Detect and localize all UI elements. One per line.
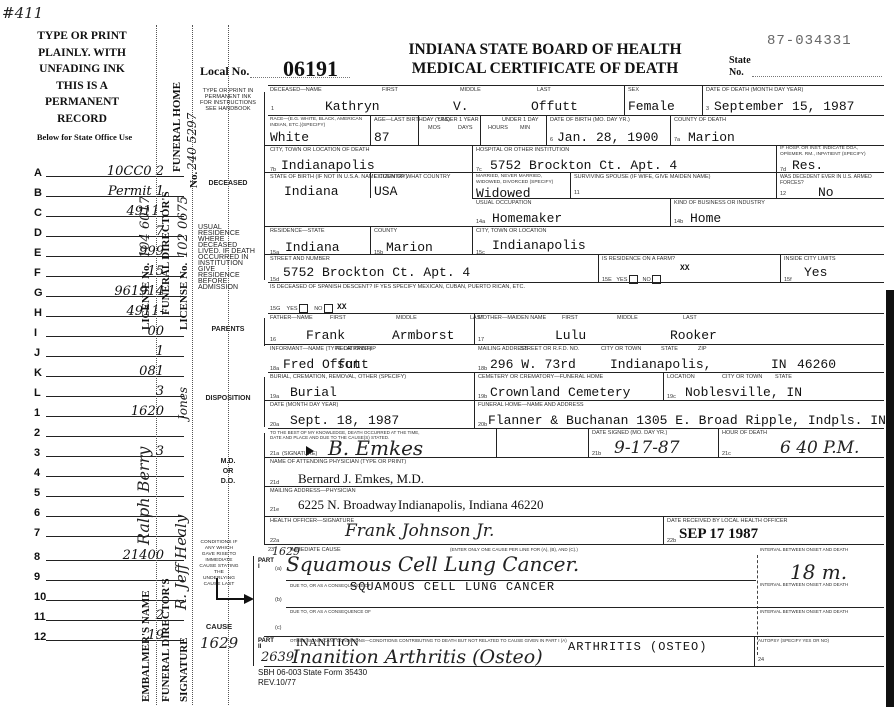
embalmer-license-value: 104 6017 (138, 196, 153, 258)
spanish-yes-checkbox[interactable] (299, 304, 308, 313)
mailing-street[interactable]: 296 W. 73rd (490, 357, 576, 372)
min-label: MIN (520, 125, 530, 131)
or-label: OR (200, 467, 256, 477)
disposition-date-label: DATE (MONTH DAY YEAR) (270, 402, 338, 408)
state-office-code-row: 11620 (34, 403, 184, 419)
grid-line (268, 115, 884, 116)
dob-label: DATE OF BIRTH (Mo. Day Yr.) (550, 117, 630, 123)
interval-label: Interval between onset and death (760, 547, 848, 552)
field-num: (c) (275, 625, 281, 631)
mos-label: MOS (428, 125, 441, 131)
md-label: M.D. (200, 457, 256, 467)
grid-line (570, 172, 571, 198)
instruction-line: TYPE OR PRINT (22, 28, 142, 45)
hospital-value[interactable]: 5752 Brockton Ct. Apt. 4 (490, 158, 677, 173)
do-label: D.O. (200, 477, 256, 487)
grid-line (268, 428, 884, 429)
disposition-section-label: DISPOSITION (197, 395, 259, 402)
instruction-line: PERMANENT (22, 94, 142, 111)
spanish-no-mark: XX (337, 303, 347, 312)
grid-line (286, 607, 884, 608)
sign-here-arrow-icon (306, 446, 314, 456)
mailing-zip[interactable]: 46260 (797, 357, 836, 372)
code-key: 3 (34, 447, 40, 459)
field-num: 11 (574, 190, 580, 196)
code-value[interactable]: 21400 (123, 548, 164, 563)
grid-line (480, 115, 481, 145)
grid-line (268, 313, 884, 314)
code-key: G (34, 287, 43, 299)
days-label: DAYS (458, 125, 473, 131)
field-num: 7a (674, 137, 680, 143)
arrow-stem (216, 578, 218, 600)
date-of-birth[interactable]: Jan. 28, 1900 (557, 130, 658, 145)
conditions-note: CONDITIONS IF ANY WHICH GAVE RISE TO IMM… (199, 540, 239, 588)
local-no-value: 06191 (283, 56, 338, 82)
signature-extra: Jones (176, 387, 190, 420)
father-last[interactable]: Armborst (392, 328, 454, 343)
grid-line (268, 282, 884, 283)
state-form: State Form 35430 (303, 668, 367, 677)
funeral-director-sig-label: FUNERAL DIRECTOR'S (160, 578, 172, 702)
physician-city[interactable]: Indianapolis, Indiana 46220 (398, 497, 544, 513)
first-label: FIRST (562, 315, 578, 321)
footer-form-code: SBH 06-003 REV.10/77 (258, 668, 302, 688)
field-num: (a) (275, 566, 282, 572)
last-label: LAST (683, 315, 697, 321)
residence-city-label: CITY, TOWN OR LOCATION (476, 228, 547, 234)
arrow-shaft (216, 598, 246, 600)
code-key: 7 (34, 527, 40, 539)
field-num: 14b (674, 219, 683, 225)
zip-label: ZIP (698, 346, 707, 352)
funeral-home-no-value: 240 5297 (185, 113, 199, 170)
grid-line (702, 85, 703, 115)
cause-a-interval[interactable]: 18 m. (790, 560, 847, 584)
funeral-director-signature: R. Jeff Healy (172, 515, 190, 610)
state-office-code-row: A10CC0 2 (34, 163, 184, 179)
corner-note: #411 (2, 4, 43, 22)
physician-mailing-label: MAILING ADDRESS—PHYSICIAN (270, 488, 356, 494)
due-to-label-c: DUE TO, OR AS A CONSEQUENCE OF (290, 609, 371, 614)
grid-line (472, 198, 884, 199)
instruction-line: PLAINLY. WITH (22, 45, 142, 62)
cemetery-value[interactable]: Crownland Cemetery (490, 385, 630, 400)
grid-line (418, 115, 419, 145)
residence-county[interactable]: Marion (386, 240, 433, 255)
state-office-code-row: I00 (34, 323, 184, 339)
state-label: State (729, 55, 751, 67)
code-key: J (34, 347, 40, 359)
mailing-city[interactable]: Indianapolis, (610, 357, 711, 372)
field-num: 1 (271, 106, 274, 112)
state-office-code-row: 4 (34, 463, 184, 479)
disposition-date[interactable]: Sept. 18, 1987 (290, 413, 399, 428)
state-office-code-row: J1 (34, 343, 184, 359)
middle-label: MIDDLE (396, 315, 417, 321)
form-border (253, 556, 254, 666)
race-value[interactable]: White (270, 130, 309, 145)
code-key: D (34, 227, 42, 239)
grid-line (754, 636, 755, 666)
hour-of-death-label: HOUR OF DEATH (722, 430, 767, 436)
residence-state-label: RESIDENCE—STATE (270, 228, 325, 234)
spanish-no-checkbox[interactable] (324, 304, 333, 313)
autopsy-label: AUTOPSY (Specify Yes or No) (758, 638, 829, 643)
first-label: FIRST (330, 315, 346, 321)
grid-line (588, 428, 589, 457)
code-key: 11 (34, 611, 46, 623)
title-line-2: MEDICAL CERTIFICATE OF DEATH (380, 59, 710, 78)
mother-last[interactable]: Rooker (670, 328, 717, 343)
deceased-name-label: DECEASED—NAME (270, 87, 322, 93)
location-label: LOCATION (667, 374, 695, 380)
grid-line (264, 486, 884, 487)
code-key: K (34, 367, 42, 379)
city-town-label: CITY OR TOWN (722, 374, 762, 380)
funeral-home-label: FUNERAL HOME (171, 82, 183, 172)
code-key: 6 (34, 507, 40, 519)
race-label: RACE—(e.g. White, Black, American Indian… (270, 117, 365, 128)
date-received-label: DATE RECEIVED BY LOCAL HEALTH OFFICER (667, 518, 788, 524)
mother-label: MOTHER—MAIDEN NAME (478, 315, 546, 321)
grid-line (264, 666, 884, 667)
code-key: L (34, 387, 41, 399)
state-no-line (752, 76, 882, 77)
date-signed-value[interactable]: 9-17-87 (614, 438, 680, 458)
mother-first[interactable]: Lulu (555, 328, 586, 343)
state-office-code-row: 6 (34, 503, 184, 519)
father-first[interactable]: Frank (306, 328, 345, 343)
street-label: STREET AND NUMBER (270, 256, 330, 262)
hours-label: HOURS (488, 125, 508, 131)
interval-label-c: Interval between onset and death (760, 609, 848, 614)
grid-line (268, 372, 884, 373)
farm-label: IS RESIDENCE ON A FARM? (602, 256, 675, 262)
field-num: (b) (275, 597, 282, 603)
state-office-code-row: K081 (34, 363, 184, 379)
disposition-method-label: BURIAL, CREMATION, REMOVAL, OTHER (Speci… (270, 374, 406, 380)
field-num: 3 (706, 106, 709, 112)
parents-section-label: PARENTS (200, 326, 256, 333)
field-num: 12 (780, 191, 786, 197)
business-label: KIND OF BUSINESS OR INDUSTRY (674, 200, 765, 206)
hour-of-death-value[interactable]: 6 40 P.M. (780, 438, 859, 458)
code-key: I (34, 327, 37, 339)
city-limits-value[interactable]: Yes (804, 265, 827, 280)
birth-state-value[interactable]: Indiana (284, 184, 339, 199)
grid-line (670, 115, 671, 145)
physician-name-label: NAME OF ATTENDING PHYSICIAN (Type or Pri… (270, 459, 406, 465)
funeral-home-value[interactable]: Flanner & Buchanan 1305 E. Broad Ripple,… (488, 413, 894, 428)
funeral-director-license-value: 102 0675 (176, 196, 191, 258)
part-2-handwritten[interactable]: Inanition Arthritis (Osteo) (292, 646, 543, 668)
residence-state[interactable]: Indiana (285, 240, 340, 255)
mailing-state[interactable]: IN (771, 357, 787, 372)
field-num: 16 (270, 337, 276, 343)
age-value[interactable]: 87 (374, 130, 390, 145)
hosp-type-value[interactable]: Res. (792, 158, 823, 173)
part-1-label: PART I (258, 558, 268, 570)
first-label: FIRST (382, 87, 398, 93)
middle-label: MIDDLE (617, 315, 638, 321)
city-town-label: CITY OR TOWN (601, 346, 641, 352)
code-line (46, 516, 184, 517)
city-of-death-label: CITY, TOWN OR LOCATION OF DEATH (270, 147, 369, 153)
code-key: 5 (34, 487, 40, 499)
code-line (46, 436, 184, 437)
grid-line (496, 428, 497, 457)
deceased-first-name[interactable]: Kathryn (325, 99, 380, 114)
grid-line (264, 226, 884, 227)
form-border (264, 92, 265, 280)
field-num: 15c (476, 250, 485, 256)
code-key: B (34, 187, 42, 199)
funeral-director-license-label: LICENSE No. (178, 263, 190, 330)
form-code: SBH 06-003 (258, 668, 302, 678)
residence-city[interactable]: Indianapolis (492, 238, 586, 253)
form-revision: REV.10/77 (258, 678, 302, 688)
cause-code: 1629 (200, 634, 238, 652)
instruction-line: THIS IS A (22, 78, 142, 95)
field-num: 21e (270, 507, 279, 513)
dotted-divider (156, 25, 157, 705)
field-num: 14a (476, 219, 485, 225)
dod-label: DATE OF DEATH (MONTH DAY YEAR) (706, 87, 803, 93)
spanish-label: IS DECEASED OF SPANISH DESCENT? IF YES S… (270, 284, 525, 290)
signature-label: SIGNATURE (178, 637, 190, 702)
code-key: 8 (34, 551, 40, 563)
grid-line (780, 254, 781, 282)
date-of-death[interactable]: September 15, 1987 (714, 99, 854, 114)
field-num: 17 (478, 337, 484, 343)
disposition-method[interactable]: Burial (290, 385, 337, 400)
grid-line (663, 516, 664, 544)
cause-label: CAUSE (202, 622, 236, 631)
grid-line (264, 516, 884, 517)
grid-line (598, 254, 599, 282)
state-office-code-row: 821400 (34, 547, 184, 563)
under-1-year-label: UNDER 1 YEAR (438, 117, 479, 123)
grid-line (370, 172, 371, 198)
usual-residence-note: USUAL RESIDENCE WHERE DECEASED LIVED. IF… (198, 225, 258, 291)
embalmer-name-value: Ralph Berry (134, 447, 153, 545)
state-no-label: State No. (729, 55, 751, 79)
scan-edge (886, 290, 894, 707)
type-print-note: TYPE OR PRINT IN PERMANENT INK FOR INSTR… (200, 88, 256, 112)
city-limits-label: INSIDE CITY LIMITS (784, 256, 836, 262)
father-label: FATHER—NAME (270, 315, 313, 321)
informant-relationship[interactable]: son (337, 357, 360, 372)
state-label: STATE (661, 346, 678, 352)
spouse-label: SURVIVING SPOUSE (If wife, give maiden n… (574, 174, 711, 180)
embalmer-name-label: EMBALMER'S NAME (140, 590, 152, 702)
md-do-label: M.D. OR D.O. (200, 457, 256, 487)
grid-line (264, 254, 884, 255)
funeral-home-no-label: No. (188, 172, 200, 188)
deceased-section-label: DECEASED (200, 180, 256, 187)
grid-line (264, 400, 884, 401)
relationship-label: RELATIONSHIP (336, 346, 376, 352)
county-of-death-label: COUNTY OF DEATH (674, 117, 726, 123)
residence-street[interactable]: 5752 Brockton Ct. Apt. 4 (283, 265, 470, 280)
code-key: C (34, 207, 42, 219)
city-of-death[interactable]: Indianapolis (281, 158, 375, 173)
code-line (46, 476, 184, 477)
middle-label: MIDDLE (460, 87, 481, 93)
hosp-type-label: IF HOSP. OR INST. Indicate DOA, OP/Emer.… (780, 146, 880, 157)
form-border (268, 85, 884, 86)
grid-line (718, 428, 719, 457)
marital-label: MARRIED, NEVER MARRIED, WIDOWED, DIVORCE… (476, 174, 566, 185)
embalmer-license-label: LICENSE No. (140, 263, 152, 330)
local-no-label: Local No. (200, 64, 249, 79)
form-border (264, 377, 265, 427)
state-office-label: Below for State Office Use (12, 132, 157, 142)
instructions-block: TYPE OR PRINT PLAINLY. WITH UNFADING INK… (22, 28, 142, 127)
state-no-stamp: 87-034331 (767, 33, 852, 49)
occupation-label: USUAL OCCUPATION (476, 200, 532, 206)
grid-line (546, 115, 547, 145)
grid-line (663, 372, 664, 400)
field-num: 24 (758, 657, 764, 663)
last-label: LAST (537, 87, 551, 93)
form-border (264, 516, 265, 544)
grid-line (474, 313, 475, 344)
interval-label-b: Interval between onset and death (760, 582, 848, 587)
location-value[interactable]: Noblesville, IN (685, 385, 802, 400)
residence-county-label: COUNTY (374, 228, 397, 234)
grid-line (264, 172, 884, 173)
state-office-code-row: 33 (34, 443, 184, 459)
cause-a-handwritten[interactable]: Squamous Cell Lung Cancer. (286, 552, 579, 576)
cemetery-label: CEMETERY OR CREMATORY—FUNERAL HOME (478, 374, 603, 380)
part-2-label: PART II (258, 638, 272, 650)
farm-no-mark: XX (680, 264, 690, 273)
cause-a-typed: SQUAMOUS CELL LUNG CANCER (350, 580, 555, 594)
state-label: STATE (775, 374, 792, 380)
county-of-death[interactable]: Marion (688, 130, 735, 145)
funeral-director-label: FUNERAL DIRECTOR'S (160, 191, 172, 315)
spanish-yes-label: YES (287, 306, 298, 312)
code-key: 4 (34, 467, 40, 479)
code-key: 9 (34, 571, 40, 583)
code-value[interactable]: 081 (139, 364, 164, 379)
citizen-value[interactable]: USA (374, 184, 397, 199)
physician-street[interactable]: 6225 N. Broadway (298, 497, 397, 513)
grid-line (370, 115, 371, 145)
deceased-last-name[interactable]: Offutt (531, 99, 578, 114)
date-signed-label: DATE SIGNED (Mo. Day Yr.) (592, 430, 667, 436)
part-2-typed-arthritis: ARTHRITIS (OSTEO) (568, 640, 707, 654)
physician-name[interactable]: Bernard J. Emkes, M.D. (298, 471, 424, 487)
funeral-home-label: FUNERAL HOME—NAME AND ADDRESS (478, 402, 584, 408)
citizen-label: CITIZEN OF WHAT COUNTRY (374, 174, 450, 180)
street-rfd-label: STREET OR R.F.D. NO. (520, 346, 580, 352)
code-key: 2 (34, 427, 40, 439)
code-key: 1 (34, 407, 40, 419)
instruction-line: RECORD (22, 111, 142, 128)
code-key: 12 (34, 631, 46, 643)
sex-value[interactable]: Female (628, 99, 675, 114)
grid-line (286, 580, 756, 581)
code-value[interactable]: 1620 (131, 404, 164, 419)
form-border (264, 433, 265, 526)
field-num: 15b (374, 250, 383, 256)
state-office-code-row: L3 (34, 383, 184, 399)
grid-line (264, 344, 884, 345)
deceased-middle-name[interactable]: V. (453, 99, 469, 114)
grid-line (670, 198, 671, 226)
grid-line (624, 85, 625, 115)
dotted-divider (228, 25, 229, 705)
page-title: INDIANA STATE BOARD OF HEALTH MEDICAL CE… (380, 40, 710, 78)
sex-label: SEX (628, 87, 639, 93)
grid-line (370, 226, 371, 254)
title-line-1: INDIANA STATE BOARD OF HEALTH (380, 40, 710, 59)
code-key: 10 (34, 591, 46, 603)
grid-line (264, 457, 884, 458)
field-num: 6 (550, 137, 553, 143)
business-value[interactable]: Home (690, 211, 721, 226)
date-received-stamp: SEP 17 1987 (679, 526, 758, 543)
no-label: No. (729, 67, 751, 79)
health-officer-label: HEALTH OFFICER—SIGNATURE (270, 518, 354, 524)
state-office-code-row: 7 (34, 523, 184, 539)
code-line (46, 496, 184, 497)
form-border (264, 318, 265, 346)
part-2-code: 2639 (261, 650, 294, 665)
code-key: F (34, 267, 41, 279)
hospital-label: HOSPITAL OR OTHER INSTITUTION (476, 147, 569, 153)
grid-line (264, 544, 884, 545)
occupation-value[interactable]: Homemaker (492, 211, 562, 226)
health-officer-signature[interactable]: Frank Johnson Jr. (345, 521, 494, 541)
code-key: H (34, 307, 42, 319)
state-office-code-row: 5 (34, 483, 184, 499)
spanish-no-label: NO (314, 306, 322, 312)
instruction-line: UNFADING INK (22, 61, 142, 78)
code-key: A (34, 167, 42, 179)
spanish-checkboxes: 15g YES NO (270, 304, 333, 313)
state-office-code-row: 2 (34, 423, 184, 439)
under-1-day-label: UNDER 1 DAY (502, 117, 539, 123)
grid-line (472, 226, 473, 254)
code-line (46, 536, 184, 537)
code-key: E (34, 247, 41, 259)
